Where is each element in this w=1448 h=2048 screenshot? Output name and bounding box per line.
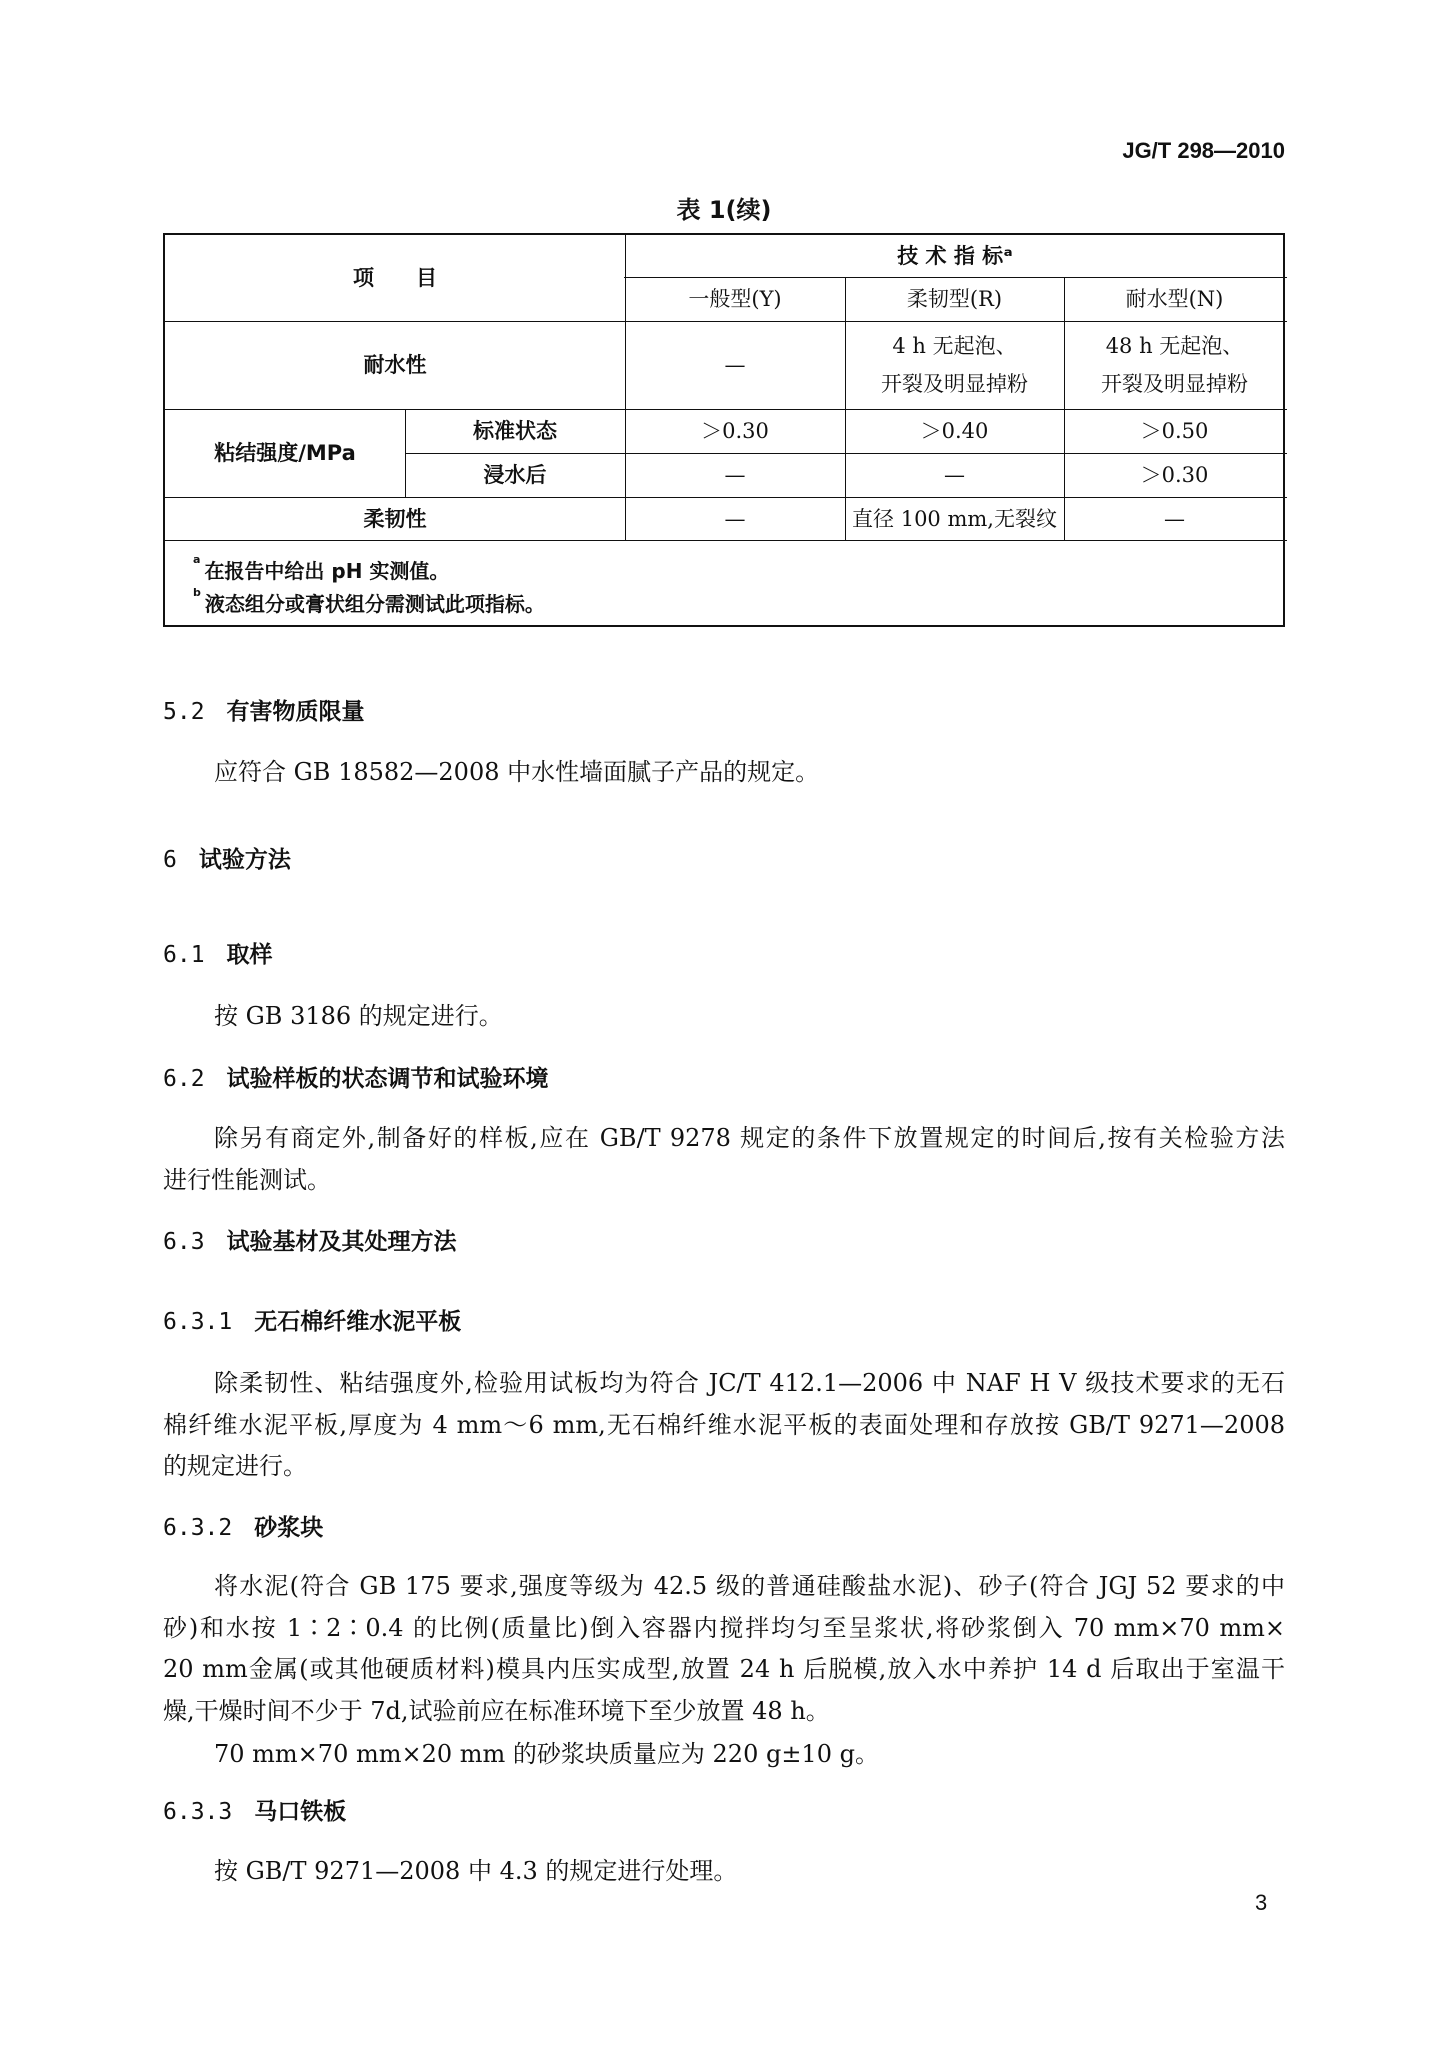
page-number: 3: [1255, 1890, 1267, 1916]
table-note-b: b液态组分或膏状组分需测试此项指标。: [193, 588, 545, 617]
paragraph-line: 的规定进行。: [163, 1446, 1285, 1481]
section-heading-6-3-1: 6.3.1无石棉纤维水泥平板: [163, 1303, 461, 1336]
paragraph-line: 20 mm金属(或其他硬质材料)模具内压实成型,放置 24 h 后脱模,放入水中…: [163, 1649, 1285, 1684]
section-heading-5-2: 5.2有害物质限量: [163, 693, 365, 726]
paragraph-line: 除另有商定外,制备好的样板,应在 GB/T 9278 规定的条件下放置规定的时间…: [214, 1118, 1285, 1153]
paragraph: 70 mm×70 mm×20 mm 的砂浆块质量应为 220 g±10 g。: [214, 1734, 1285, 1769]
section-title: 有害物质限量: [227, 699, 365, 725]
section-number: 6.1: [163, 942, 205, 968]
cell-wr-n: 48 h 无起泡、 开裂及明显掉粉: [1064, 321, 1285, 409]
section-number: 6.3.3: [163, 1799, 232, 1825]
section-title: 试验方法: [199, 847, 291, 873]
note-text: 液态组分或膏状组分需测试此项指标。: [205, 592, 545, 616]
cell-flex-n: —: [1064, 497, 1285, 540]
paragraph: 应符合 GB 18582—2008 中水性墙面腻子产品的规定。: [214, 752, 1285, 787]
paragraph-line: 燥,干燥时间不少于 7d,试验前应在标准环境下至少放置 48 h。: [163, 1691, 1285, 1726]
paragraph-line: 除柔韧性、粘结强度外,检验用试板均为符合 JC/T 412.1—2006 中 N…: [214, 1363, 1285, 1398]
paragraph-line: 将水泥(符合 GB 175 要求,强度等级为 42.5 级的普通硅酸盐水泥)、砂…: [214, 1566, 1285, 1601]
section-heading-6-3: 6.3试验基材及其处理方法: [163, 1223, 457, 1256]
row-label-standard-state: 标准状态: [405, 409, 625, 453]
cell-bs-std-n: ＞0.50: [1064, 409, 1285, 453]
header-type-n: 耐水型(N): [1064, 277, 1285, 321]
header-item: 项 目: [165, 235, 625, 321]
section-title: 试验样板的状态调节和试验环境: [227, 1066, 549, 1092]
section-heading-6-3-3: 6.3.3马口铁板: [163, 1793, 346, 1826]
section-heading-6: 6试验方法: [163, 841, 291, 874]
row-label-water-resistance: 耐水性: [165, 321, 625, 409]
section-number: 6: [163, 847, 177, 873]
cell-text: 开裂及明显掉粉: [1101, 365, 1248, 403]
cell-bs-imm-n: ＞0.30: [1064, 453, 1285, 497]
footnote-mark: b: [193, 586, 201, 599]
section-heading-6-3-2: 6.3.2砂浆块: [163, 1509, 323, 1542]
cell-bs-std-y: ＞0.30: [625, 409, 845, 453]
specification-table: 项 目 技 术 指 标ᵃ 一般型(Y) 柔韧型(R) 耐水型(N) 耐水性 — …: [163, 233, 1285, 627]
cell-text: 开裂及明显掉粉: [881, 365, 1028, 403]
paragraph: 按 GB/T 9271—2008 中 4.3 的规定进行处理。: [214, 1851, 1285, 1886]
cell-bs-imm-r: —: [845, 453, 1064, 497]
cell-bs-std-r: ＞0.40: [845, 409, 1064, 453]
header-type-r: 柔韧型(R): [845, 277, 1064, 321]
standard-code: JG/T 298—2010: [1122, 138, 1285, 164]
header-tech-indicators: 技 术 指 标ᵃ: [625, 235, 1285, 277]
section-title: 砂浆块: [254, 1515, 323, 1541]
divider: [165, 540, 1287, 541]
section-number: 6.3.2: [163, 1515, 232, 1541]
paragraph-line: 进行性能测试。: [163, 1160, 1285, 1195]
section-heading-6-2: 6.2试验样板的状态调节和试验环境: [163, 1060, 549, 1093]
row-label-bond-strength: 粘结强度/MPa: [165, 409, 405, 497]
paragraph: 按 GB 3186 的规定进行。: [214, 996, 1285, 1031]
section-number: 6.3.1: [163, 1309, 232, 1335]
header-type-y: 一般型(Y): [625, 277, 845, 321]
row-label-flexibility: 柔韧性: [165, 497, 625, 540]
section-number: 6.2: [163, 1066, 205, 1092]
section-title: 取样: [227, 942, 273, 968]
paragraph-line: 砂)和水按 1∶2∶0.4 的比例(质量比)倒入容器内搅拌均匀至呈浆状,将砂浆倒…: [163, 1608, 1285, 1643]
section-title: 试验基材及其处理方法: [227, 1229, 457, 1255]
footnote-mark: a: [193, 553, 200, 566]
note-text: 在报告中给出 pH 实测值。: [204, 559, 449, 583]
section-title: 无石棉纤维水泥平板: [254, 1309, 461, 1335]
cell-text: 48 h 无起泡、: [1106, 327, 1244, 365]
table-note-a: a在报告中给出 pH 实测值。: [193, 555, 449, 584]
cell-flex-r: 直径 100 mm,无裂纹: [845, 497, 1064, 540]
section-heading-6-1: 6.1取样: [163, 936, 273, 969]
cell-bs-imm-y: —: [625, 453, 845, 497]
cell-wr-r: 4 h 无起泡、 开裂及明显掉粉: [845, 321, 1064, 409]
table-title: 表 1(续): [0, 190, 1448, 225]
row-label-after-immersion: 浸水后: [405, 453, 625, 497]
cell-text: 4 h 无起泡、: [892, 327, 1016, 365]
paragraph-line: 棉纤维水泥平板,厚度为 4 mm～6 mm,无石棉纤维水泥平板的表面处理和存放按…: [163, 1405, 1285, 1440]
section-number: 5.2: [163, 699, 205, 725]
cell-wr-y: —: [625, 321, 845, 409]
section-number: 6.3: [163, 1229, 205, 1255]
cell-flex-y: —: [625, 497, 845, 540]
section-title: 马口铁板: [254, 1799, 346, 1825]
